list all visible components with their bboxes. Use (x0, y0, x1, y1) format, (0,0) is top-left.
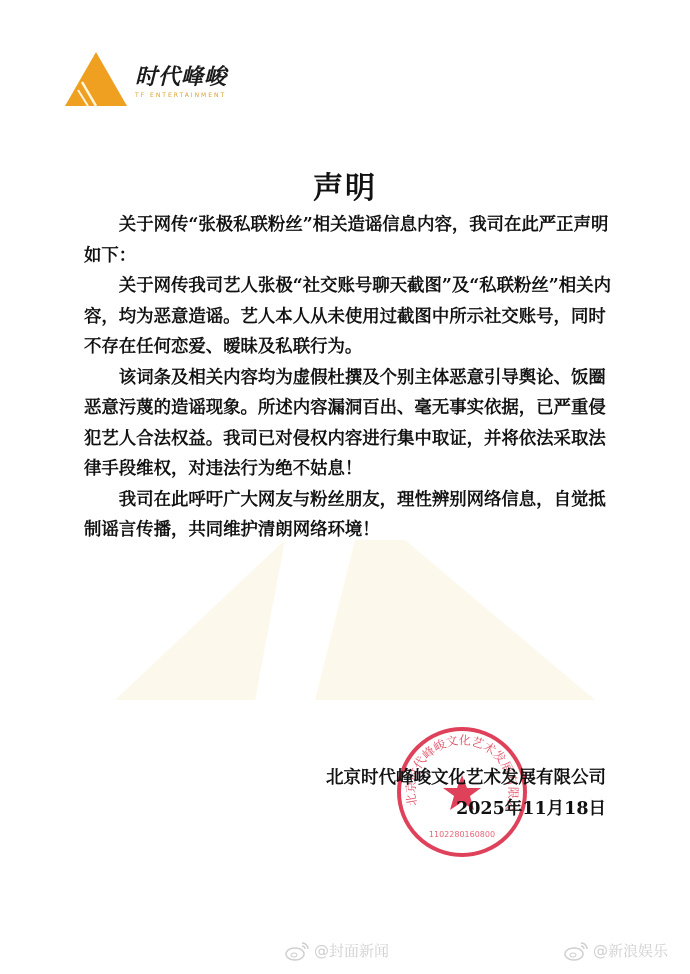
logo-chinese-name: 时代峰峻 (135, 60, 227, 91)
svg-text:1102280160800: 1102280160800 (429, 830, 495, 839)
triangle-logo-icon (65, 52, 127, 106)
statement-body: 关于网传“张极私联粉丝”相关造谣信息内容，我司在此严正声明如下： 关于网传我司艺… (84, 210, 614, 546)
company-logo: 时代峰峻 TF ENTERTAINMENT (65, 52, 235, 108)
watermark-label: @新浪娱乐 (593, 940, 668, 961)
statement-date: 2025年11月18日 (326, 794, 606, 825)
paragraph: 该词条及相关内容均为虚假杜撰及个别主体恶意引导舆论、饭圈恶意污蔑的造谣现象。所述… (84, 363, 614, 485)
paragraph: 关于网传“张极私联粉丝”相关造谣信息内容，我司在此严正声明如下： (84, 210, 614, 271)
signatory-name: 北京时代峰峻文化艺术发展有限公司 (326, 763, 606, 794)
weibo-icon (284, 941, 310, 961)
weibo-watermark-fengmian: @封面新闻 (284, 940, 389, 961)
paragraph: 关于网传我司艺人张极“社交账号聊天截图”及“私联粉丝”相关内容，均为恶意造谣。艺… (84, 271, 614, 363)
document-title: 声明 (0, 163, 690, 207)
watermark-label: @封面新闻 (314, 940, 389, 961)
weibo-icon (563, 941, 589, 961)
paragraph: 我司在此呼吁广大网友与粉丝朋友，理性辨别网络信息，自觉抵制谣言传播，共同维护清朗… (84, 485, 614, 546)
logo-english-name: TF ENTERTAINMENT (135, 92, 226, 99)
signature-block: 北京时代峰峻文化艺术发展有限公司 2025年11月18日 (326, 763, 606, 825)
weibo-watermark-sina-ent: @新浪娱乐 (563, 940, 668, 961)
background-logo-watermark (105, 540, 605, 710)
